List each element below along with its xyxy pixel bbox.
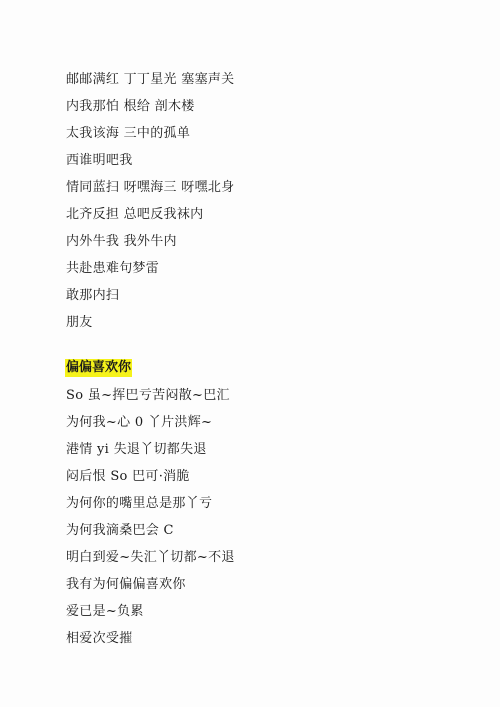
lyric-line: 闷后恨 So 巴可·消脆: [66, 469, 190, 485]
song-title-highlighted: 偏偏喜欢你: [65, 359, 132, 377]
lyric-line: 西谁明吧我: [66, 153, 133, 169]
lyric-line: 朋友: [66, 315, 93, 331]
lyric-line: 爱已是~负累: [66, 604, 144, 620]
lyric-line: 太我该海 三中的孤单: [66, 126, 190, 142]
lyric-line: 为何我滴桑巴会 C: [66, 523, 174, 539]
lyric-line: 相爱次受摧: [66, 631, 133, 647]
lyric-line: 明白到爱~失汇丫切都~不退: [66, 550, 235, 566]
lyric-line: 北齐反担 总吧反我袜内: [66, 207, 203, 223]
lyric-line: 内外牛我 我外牛内: [66, 234, 177, 250]
lyric-line: 情同蓝扫 呀嘿海三 呀嘿北身: [66, 180, 234, 196]
lyric-line: 邮邮满红 丁丁星光 塞塞声关: [66, 72, 234, 88]
lyric-line: 为何你的嘴里总是那丫亏: [66, 496, 212, 512]
lyric-line: 我有为何偏偏喜欢你: [66, 577, 186, 593]
lyric-line: 敢那内扫: [66, 288, 119, 304]
lyric-line: 为何我~心 0 丫片洪辉~: [66, 415, 212, 431]
document-page: 邮邮满红 丁丁星光 塞塞声关 内我那怕 根给 剖木楼 太我该海 三中的孤单 西谁…: [0, 0, 500, 707]
lyric-line: So 虽~挥巴亏苦闷散~巴汇: [66, 388, 230, 404]
lyric-line: 内我那怕 根给 剖木楼: [66, 99, 195, 115]
lyric-line: 共赴患难句梦雷: [66, 261, 159, 277]
lyric-line: 港情 yi 失退丫切都失退: [66, 442, 207, 458]
